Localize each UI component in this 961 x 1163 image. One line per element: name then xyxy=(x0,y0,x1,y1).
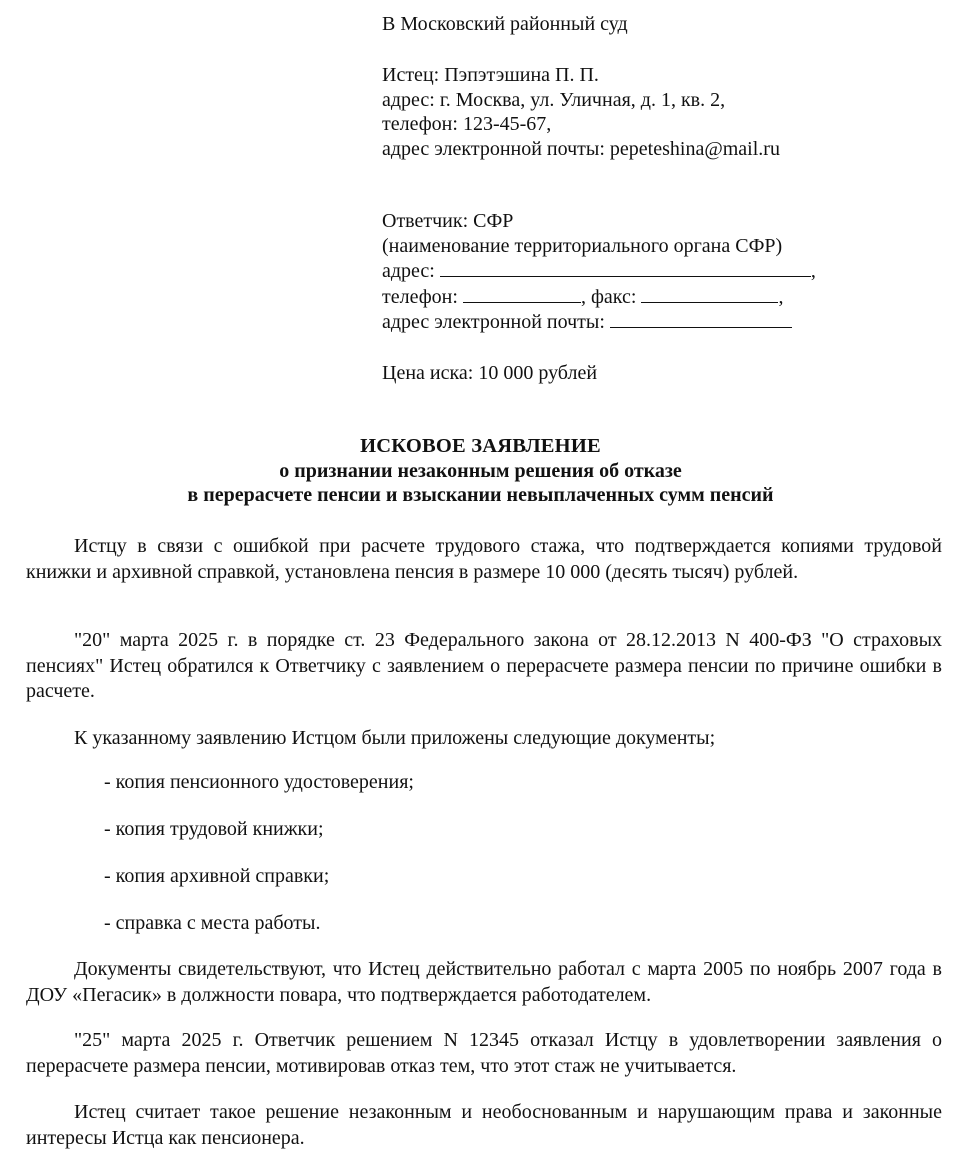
paragraph-1: Истцу в связи с ошибкой при расчете труд… xyxy=(26,534,942,585)
defendant-fax-label: , факс: xyxy=(581,286,637,308)
document-list-item: - копия архивной справки; xyxy=(104,864,329,889)
defendant-address-blank[interactable] xyxy=(440,258,811,277)
plaintiff-phone: телефон: 123-45-67, xyxy=(382,112,942,137)
paragraph-3: К указанному заявлению Истцом были прило… xyxy=(26,726,942,752)
paragraph-4: Документы свидетельствуют, что Истец дей… xyxy=(26,957,942,1008)
title-main: ИСКОВОЕ ЗАЯВЛЕНИЕ xyxy=(0,434,961,459)
defendant-email-blank[interactable] xyxy=(610,309,792,328)
title-subtitle-2: в перерасчете пенсии и взыскании невыпла… xyxy=(0,483,961,508)
plaintiff-name: Истец: Пэпэтэшина П. П. xyxy=(382,63,942,88)
plaintiff-address: адрес: г. Москва, ул. Уличная, д. 1, кв.… xyxy=(382,88,942,113)
claim-price: Цена иска: 10 000 рублей xyxy=(382,361,942,386)
paragraph-6: Истец считает такое решение незаконным и… xyxy=(26,1100,942,1151)
defendant-email-label: адрес электронной почты: xyxy=(382,311,605,333)
document-title: ИСКОВОЕ ЗАЯВЛЕНИЕ о признании незаконным… xyxy=(0,434,961,508)
court-addressee: В Московский районный суд xyxy=(382,12,942,37)
claim-price-block: Цена иска: 10 000 рублей xyxy=(382,361,942,386)
defendant-phone-label: телефон: xyxy=(382,286,458,308)
defendant-name: Ответчик: СФР xyxy=(382,209,942,234)
document-list-item: - копия трудовой книжки; xyxy=(104,817,324,842)
paragraph-2: "20" марта 2025 г. в порядке ст. 23 Феде… xyxy=(26,628,942,705)
defendant-phone-line: телефон: , факс: , xyxy=(382,284,942,310)
defendant-block: Ответчик: СФР (наименование территориаль… xyxy=(382,209,942,335)
defendant-address-label: адрес: xyxy=(382,260,435,282)
defendant-address-line: адрес: , xyxy=(382,258,942,284)
plaintiff-block: Истец: Пэпэтэшина П. П. адрес: г. Москва… xyxy=(382,63,942,161)
title-subtitle-1: о признании незаконным решения об отказе xyxy=(0,459,961,484)
defendant-name-hint: (наименование территориального органа СФ… xyxy=(382,234,942,259)
document-list-item: - копия пенсионного удостоверения; xyxy=(104,770,414,795)
plaintiff-email: адрес электронной почты: pepeteshina@mai… xyxy=(382,137,942,162)
defendant-address-suffix: , xyxy=(811,260,816,282)
defendant-fax-suffix: , xyxy=(778,286,783,308)
defendant-phone-blank[interactable] xyxy=(463,284,581,303)
court-name: В Московский районный суд xyxy=(382,12,942,37)
defendant-fax-blank[interactable] xyxy=(641,284,778,303)
defendant-email-line: адрес электронной почты: xyxy=(382,309,942,335)
paragraph-5: "25" марта 2025 г. Ответчик решением N 1… xyxy=(26,1028,942,1079)
document-list-item: - справка с места работы. xyxy=(104,911,320,936)
